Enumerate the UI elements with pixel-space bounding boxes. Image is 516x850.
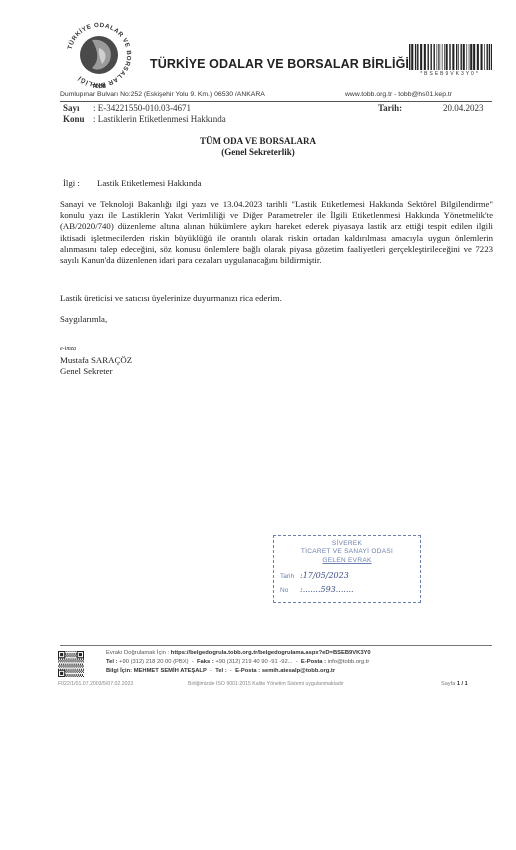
body-paragraph-1: Sanayi ve Teknoloji Bakanlığı ilgi yazı … xyxy=(60,199,493,266)
form-code: F022/1/01.07.2003/5/07.02.2023 xyxy=(58,681,133,687)
sayi-value: : E-34221550-010.03-4671 xyxy=(93,103,191,113)
faks-value: +90 (312) 219 40 90 -91 -92... xyxy=(215,659,292,665)
verify-line: Evrakı Doğrulamak İçin : https://belgedo… xyxy=(106,650,371,656)
closing: Saygılarımla, xyxy=(60,314,107,324)
ilgi-value: Lastik Etiketlemesi Hakkında xyxy=(97,178,202,188)
e-signature-mark: e-imza xyxy=(60,346,76,352)
bilgi-eposta-label: E-Posta : xyxy=(235,668,260,674)
tel-label: Tel : xyxy=(106,659,118,665)
konu-label: Konu xyxy=(63,114,85,124)
faks-label: Faks : xyxy=(197,659,214,665)
recipient-line1: TÜM ODA VE BORSALARA xyxy=(0,136,516,146)
web-contact: www.tobb.org.tr - tobb@hs01.kep.tr xyxy=(345,91,452,98)
stamp-no-value: :.......593....... xyxy=(300,585,354,594)
stamp-line2: TİCARET VE SANAYİ ODASI xyxy=(274,548,420,555)
verify-url[interactable]: https://belgedogrula.tobb.org.tr/belgedo… xyxy=(171,650,371,656)
logo-abbr: TOBB xyxy=(92,84,106,90)
tarih-label: Tarih: xyxy=(378,103,402,113)
contact-line: Tel : +90 (312) 218 20 00 (PBX) - Faks :… xyxy=(106,659,369,665)
footer-divider xyxy=(60,645,492,646)
recipient-line2: (Genel Sekreterlik) xyxy=(0,147,516,157)
bilgi-eposta-value[interactable]: semih.atesalp@tobb.org.tr xyxy=(262,668,335,674)
bilgi-name: MEHMET SEMİH ATEŞALP xyxy=(134,668,207,674)
barcode-text: *BSEB9VK3Y0* xyxy=(408,71,492,77)
signer-name: Mustafa SARAÇÖZ xyxy=(60,355,132,365)
bilgi-label: Bilgi İçin: xyxy=(106,668,132,674)
ilgi-label: İlgi : xyxy=(63,178,80,188)
eposta-value[interactable]: info@tobb.org.tr xyxy=(328,659,370,665)
info-line: Bilgi İçin: MEHMET SEMİH ATEŞALP - Tel :… xyxy=(106,668,335,674)
barcode-icon xyxy=(408,44,492,70)
tarih-value: 20.04.2023 xyxy=(443,103,484,113)
tobb-logo-icon: TÜRKİYE ODALAR VE BORSALAR BİRLİĞİ TOBB xyxy=(62,18,136,92)
page-value: 1 / 1 xyxy=(457,681,468,687)
signer-title: Genel Sekreter xyxy=(60,366,113,376)
address: Dumlupınar Bulvarı No:252 (Eskişehir Yol… xyxy=(60,91,265,98)
konu-value: : Lastiklerin Etiketlenmesi Hakkında xyxy=(93,114,226,124)
stamp-no-label: No xyxy=(280,587,288,594)
stamp-tarih-label: Tarih xyxy=(280,573,294,580)
incoming-document-stamp: SİVEREK TİCARET VE SANAYİ ODASI GELEN EV… xyxy=(273,535,421,603)
org-title: TÜRKİYE ODALAR VE BORSALAR BİRLİĞİ xyxy=(150,57,409,71)
stamp-tarih-value: :17/05/2023 xyxy=(300,571,349,580)
iso-text: Birliğimizde ISO 9001:2015 Kalite Yöneti… xyxy=(188,681,344,687)
header-divider xyxy=(60,101,492,102)
body-paragraph-2: Lastik üreticisi ve satıcısı üyelerinize… xyxy=(60,293,282,303)
page-number: Sayfa 1 / 1 xyxy=(441,681,468,687)
page-label: Sayfa xyxy=(441,681,455,687)
stamp-line3: GELEN EVRAK xyxy=(274,557,420,564)
verify-label: Evrakı Doğrulamak İçin : xyxy=(106,650,169,656)
stamp-line1: SİVEREK xyxy=(274,540,420,547)
tel-value: +90 (312) 218 20 00 (PBX) xyxy=(119,659,188,665)
eposta-label: E-Posta : xyxy=(301,659,326,665)
bilgi-tel-label: Tel : xyxy=(215,668,227,674)
qr-code-icon xyxy=(58,651,84,677)
sayi-label: Sayı xyxy=(63,103,80,113)
